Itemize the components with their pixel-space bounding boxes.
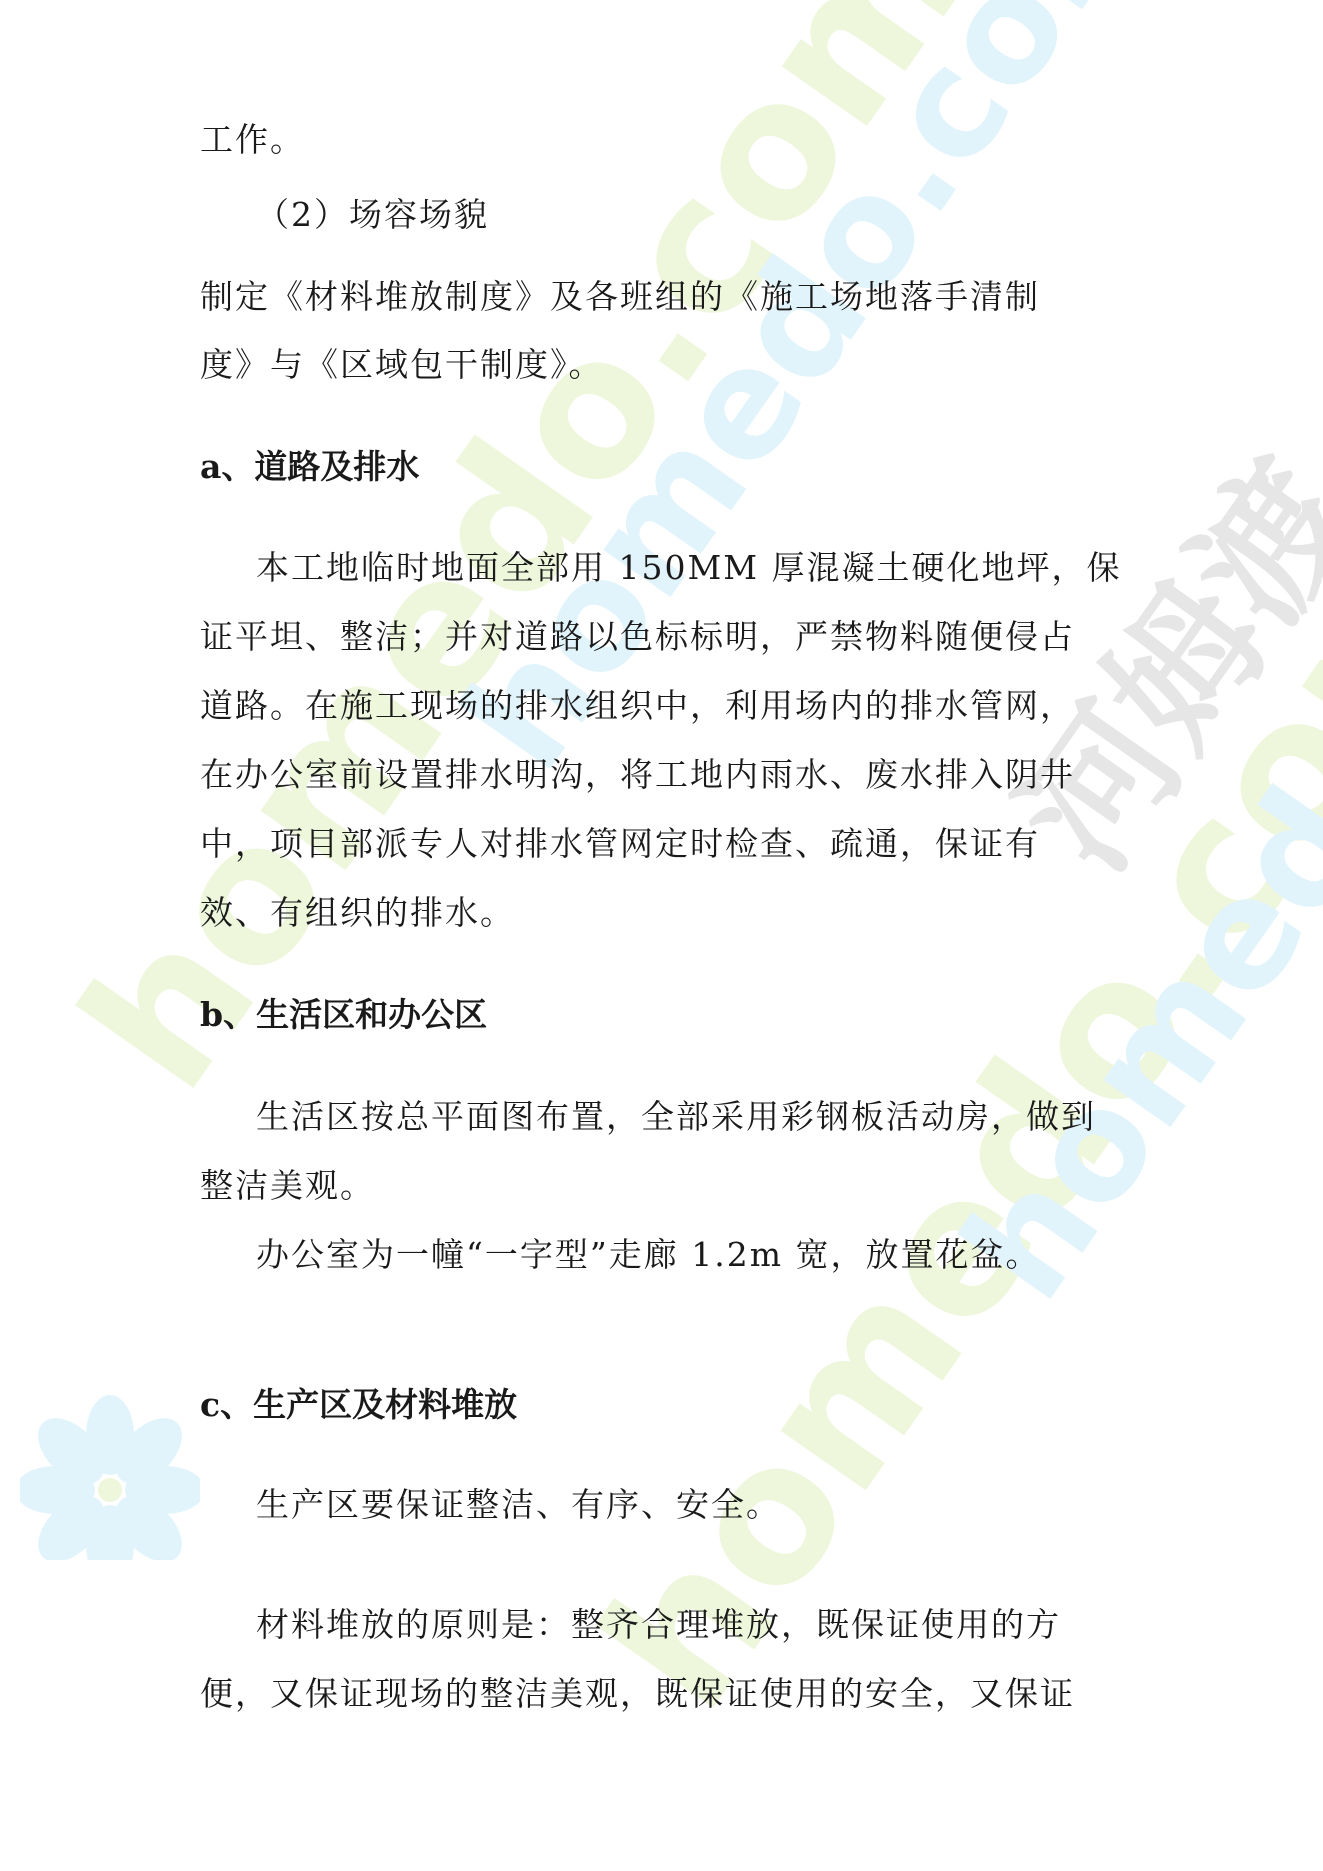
text-line: 便，又保证现场的整洁美观，既保证使用的安全，又保证 [200,1674,1075,1714]
section-heading-roads-drainage: a、道路及排水 [200,447,419,487]
text-line: 工作。 [200,120,305,160]
text-line: 制定《材料堆放制度》及各班组的《施工场地落手清制 [200,277,1040,317]
text-line: 办公室为一幢“一字型”走廊 1.2m 宽，放置花盆。 [256,1235,1041,1275]
text-line: 生产区要保证整洁、有序、安全。 [256,1485,781,1525]
section-heading-production-materials: c、生产区及材料堆放 [200,1385,517,1425]
text-line: 道路。在施工现场的排水组织中，利用场内的排水管网， [200,686,1075,726]
watermark-homedo-blue-1: homedo.com [430,0,1194,800]
text-line: 生活区按总平面图布置，全部采用彩钢板活动房，做到 [256,1097,1096,1137]
subsection-title: （2）场容场貌 [256,195,489,235]
text-line: 证平坦、整洁；并对道路以色标标明，严禁物料随便侵占 [200,617,1075,657]
text-line: 材料堆放的原则是：整齐合理堆放，既保证使用的方 [256,1605,1061,1645]
section-heading-living-office: b、生活区和办公区 [200,995,487,1035]
text-line: 效、有组织的排水。 [200,893,515,933]
text-line: 度》与《区域包干制度》。 [200,345,604,385]
flower-logo-watermark-icon [20,1380,200,1560]
text-line: 整洁美观。 [200,1166,375,1206]
text-line: 在办公室前设置排水明沟，将工地内雨水、废水排入阴井 [200,755,1075,795]
text-line: 中，项目部派专人对排水管网定时检查、疏通，保证有 [200,824,1040,864]
text-line: 本工地临时地面全部用 150MM 厚混凝土硬化地坪，保 [256,548,1122,588]
